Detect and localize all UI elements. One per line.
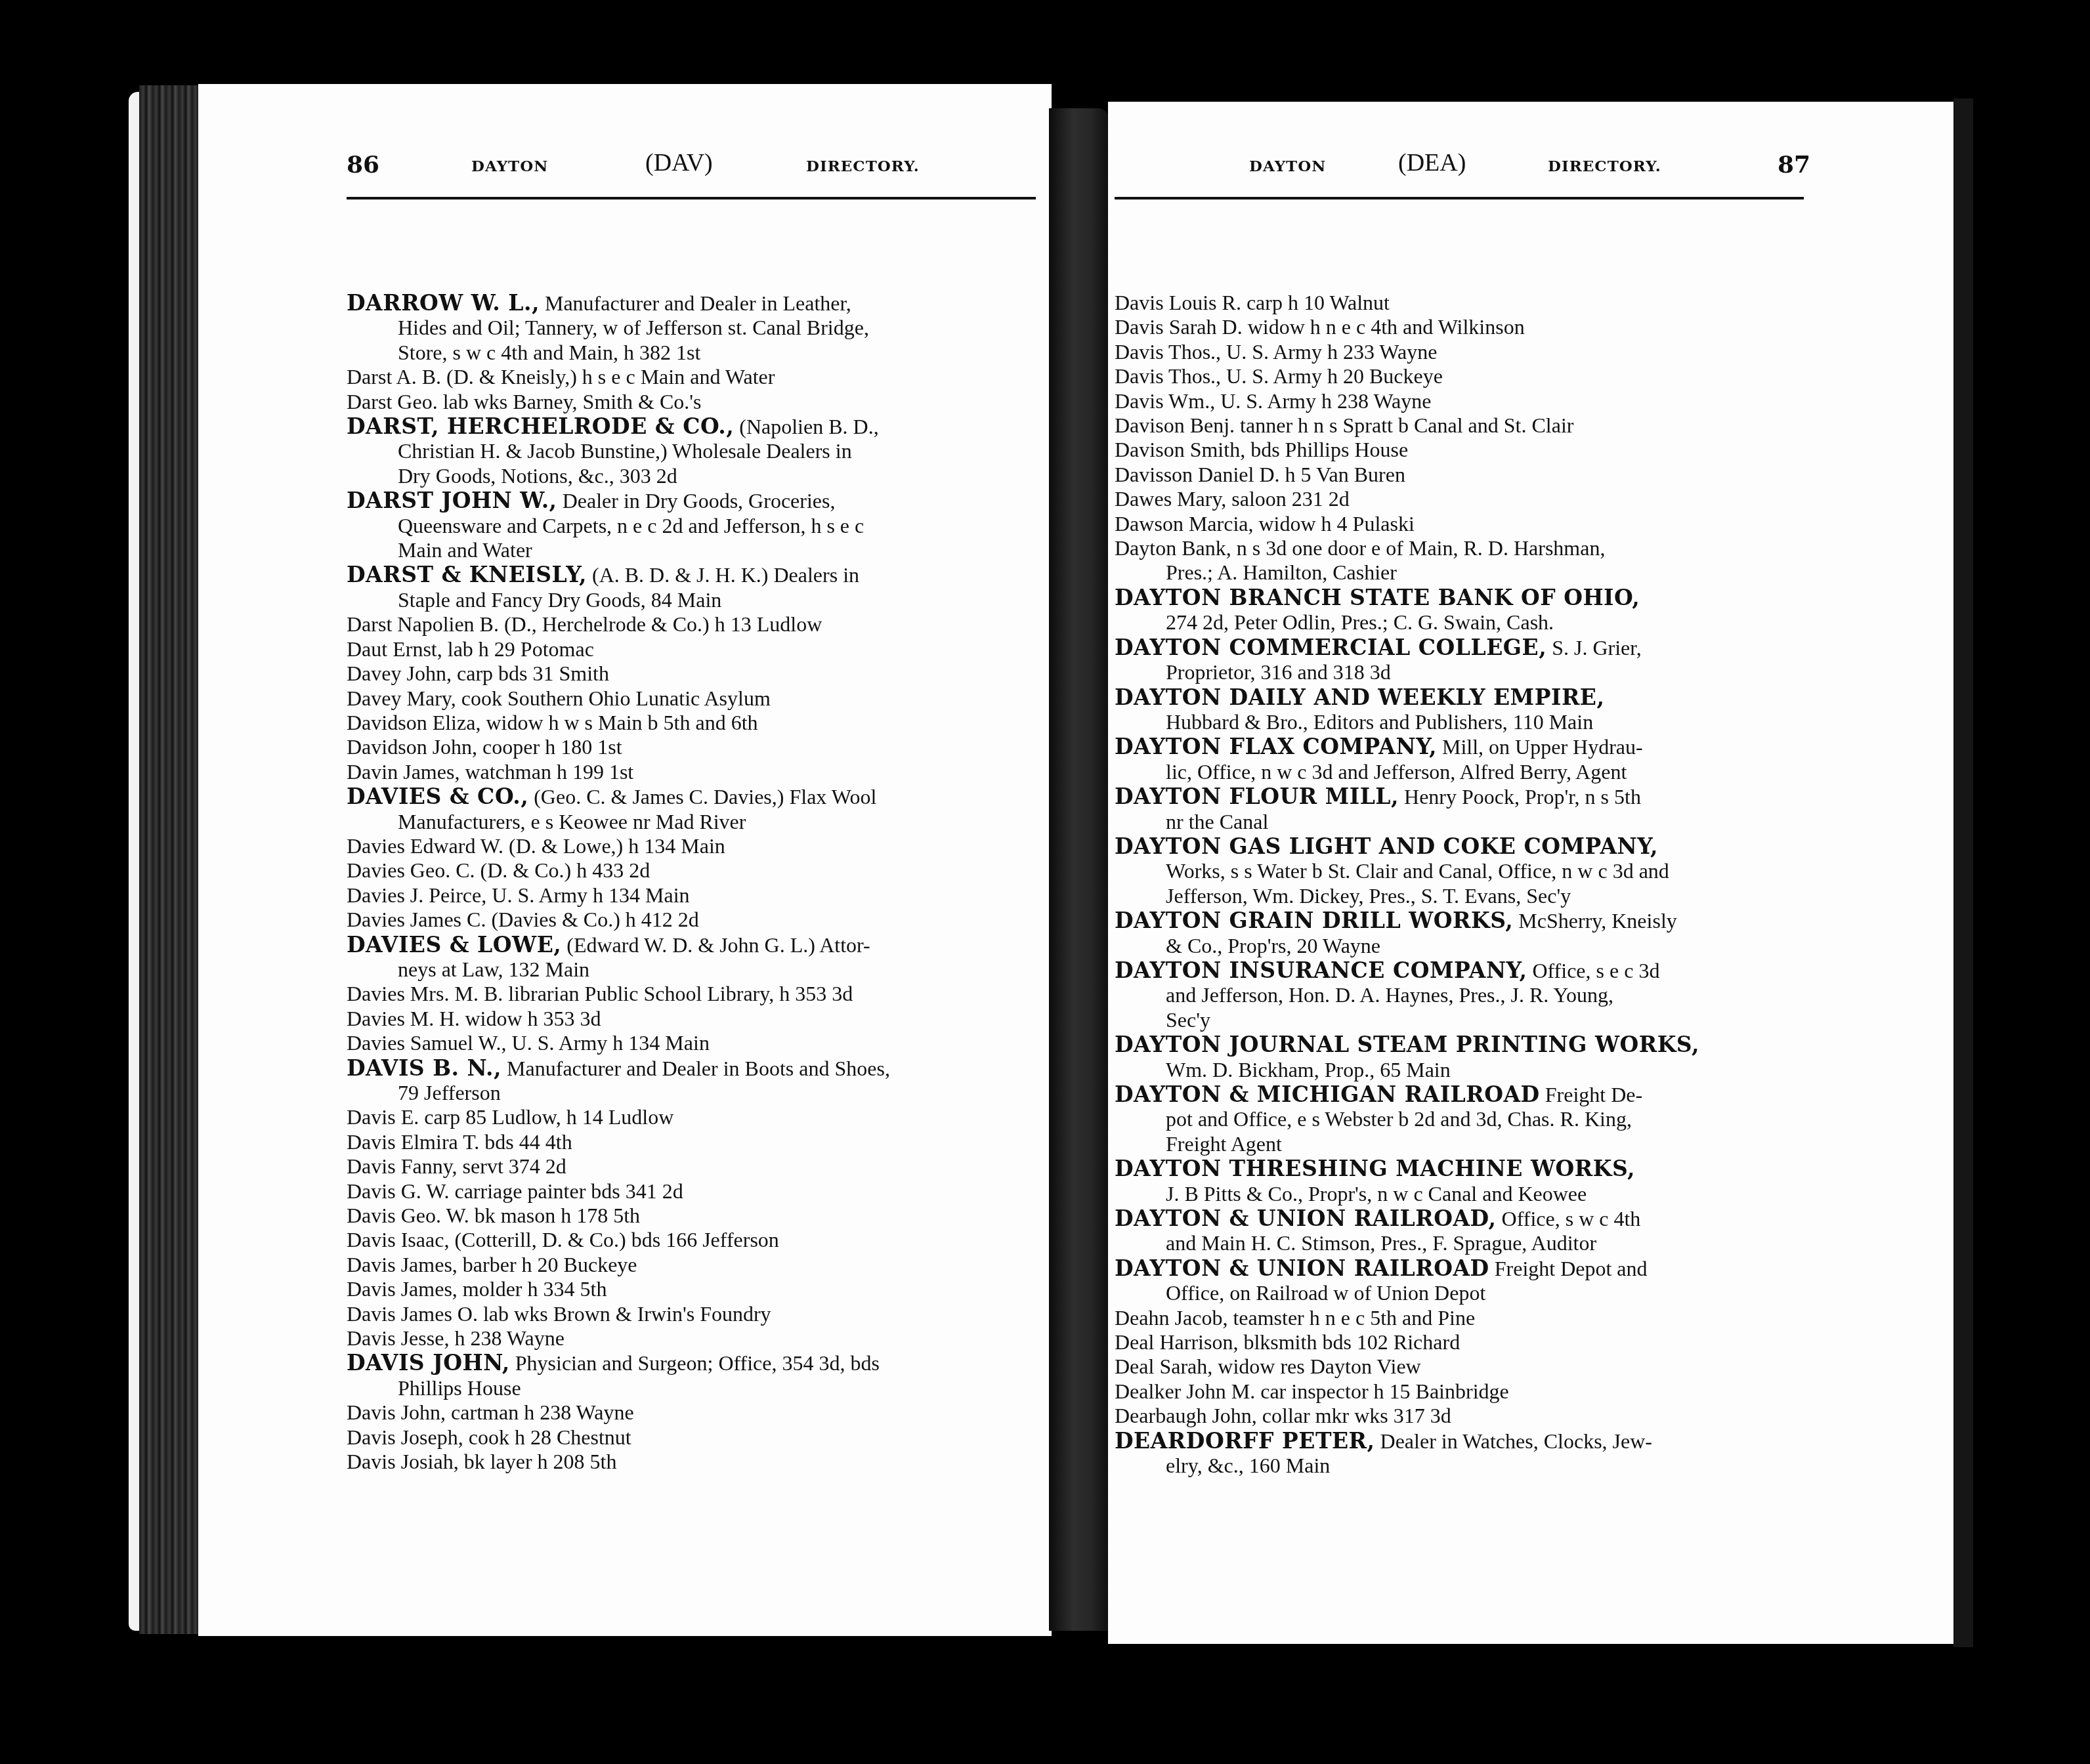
directory-entry: Davis Jesse, h 238 Wayne [347,1326,1036,1351]
running-head-city: DAYTON [471,157,548,175]
entry-heading: DAYTON GAS LIGHT AND COKE COMPANY, [1115,833,1658,859]
entry-line: Dawson Marcia, widow h 4 Pulaski [1115,512,1804,536]
entry-text: Hides and Oil; Tannery, w of Jefferson s… [398,316,869,339]
entry-text: Deal Harrison, blksmith bds 102 Richard [1115,1330,1460,1354]
entry-line: Darst Napolien B. (D., Herchelrode & Co.… [347,612,1036,637]
running-head-city: DAYTON [1249,157,1326,175]
entry-line: Davies Mrs. M. B. librarian Public Schoo… [347,982,1036,1006]
entry-line: Davis James, barber h 20 Buckeye [347,1253,1036,1277]
running-head-title: DIRECTORY. [806,157,920,175]
directory-entry: DARST, HERCHELRODE & CO., (Napolien B. D… [347,414,1036,488]
entry-line: DAYTON DAILY AND WEEKLY EMPIRE, [1115,685,1804,710]
entry-line: Sec'y [1115,1008,1804,1032]
directory-entry: DAYTON & MICHIGAN RAILROAD Freight De-po… [1115,1082,1804,1156]
entry-heading: DAYTON & UNION RAILROAD, [1115,1206,1497,1231]
entry-heading: DARST & KNEISLY, [347,562,587,587]
entry-line: Dawes Mary, saloon 231 2d [1115,487,1804,511]
entry-line: DAYTON COMMERCIAL COLLEGE, S. J. Grier, [1115,635,1804,660]
entry-line: Deahn Jacob, teamster h n e c 5th and Pi… [1115,1306,1804,1330]
entry-line: Daut Ernst, lab h 29 Potomac [347,637,1036,661]
directory-entry: DAVIS B. N., Manufacturer and Dealer in … [347,1056,1036,1106]
directory-entry: DAYTON THRESHING MACHINE WORKS,J. B Pitt… [1115,1156,1804,1206]
entry-line: DARROW W. L., Manufacturer and Dealer in… [347,291,1036,316]
entry-line: DAYTON BRANCH STATE BANK OF OHIO, [1115,585,1804,610]
entry-line: DAVIES & LOWE, (Edward W. D. & John G. L… [347,933,1036,957]
entry-text: Davis Sarah D. widow h n e c 4th and Wil… [1115,315,1525,339]
entry-text: Phillips House [398,1376,521,1400]
entry-line: 274 2d, Peter Odlin, Pres.; C. G. Swain,… [1115,610,1804,635]
entry-line: Hubbard & Bro., Editors and Publishers, … [1115,710,1804,734]
entry-text: Davison Benj. tanner h n s Spratt b Cana… [1115,413,1573,437]
entry-line: DAVIES & CO., (Geo. C. & James C. Davies… [347,784,1036,809]
directory-entry: Davison Benj. tanner h n s Spratt b Cana… [1115,413,1804,438]
entry-line: Davis Wm., U. S. Army h 238 Wayne [1115,389,1804,413]
head-rule [347,197,1036,199]
entry-text: Dealer in Watches, Clocks, Jew- [1380,1429,1652,1453]
directory-entry: Davis Wm., U. S. Army h 238 Wayne [1115,389,1804,413]
entry-text: elry, &c., 160 Main [1166,1454,1330,1477]
entry-text: neys at Law, 132 Main [398,957,589,981]
entry-text: Davis Geo. W. bk mason h 178 5th [347,1204,640,1227]
entry-line: DAVIS JOHN, Physician and Surgeon; Offic… [347,1351,1036,1375]
entry-text: Davey John, carp bds 31 Smith [347,661,609,685]
entry-line: DAVIS B. N., Manufacturer and Dealer in … [347,1056,1036,1081]
entry-text: Jefferson, Wm. Dickey, Pres., S. T. Evan… [1166,884,1571,908]
directory-entry: Dayton Bank, n s 3d one door e of Main, … [1115,536,1804,585]
entry-line: Staple and Fancy Dry Goods, 84 Main [347,588,1036,612]
entry-text: Mill, on Upper Hydrau- [1442,735,1643,759]
entry-line: Deal Sarah, widow res Dayton View [1115,1354,1804,1379]
directory-entry: DAYTON FLOUR MILL, Henry Poock, Prop'r, … [1115,784,1804,834]
directory-entry: DAYTON JOURNAL STEAM PRINTING WORKS,Wm. … [1115,1032,1804,1082]
running-head-title: DIRECTORY. [1548,157,1661,175]
entry-heading: DAVIS B. N., [347,1055,501,1081]
book-gutter [1049,108,1109,1631]
entry-text: Davis Elmira T. bds 44 4th [347,1130,572,1154]
entry-line: Davies Edward W. (D. & Lowe,) h 134 Main [347,834,1036,858]
directory-entry: Davies Edward W. (D. & Lowe,) h 134 Main [347,834,1036,858]
entry-heading: DAVIS JOHN, [347,1350,510,1375]
entry-text: Davey Mary, cook Southern Ohio Lunatic A… [347,686,771,710]
entry-text: Davis James, barber h 20 Buckeye [347,1253,637,1276]
entry-line: Davies Samuel W., U. S. Army h 134 Main [347,1031,1036,1055]
entry-text: Queensware and Carpets, n e c 2d and Jef… [398,514,864,537]
directory-entry: Dawes Mary, saloon 231 2d [1115,487,1804,511]
entry-line: DAYTON INSURANCE COMPANY, Office, s e c … [1115,958,1804,983]
entry-text: Davis Josiah, bk layer h 208 5th [347,1450,617,1473]
entry-line: Davis Elmira T. bds 44 4th [347,1130,1036,1154]
entry-line: Office, on Railroad w of Union Depot [1115,1281,1804,1305]
directory-entry: Davies Mrs. M. B. librarian Public Schoo… [347,982,1036,1006]
entry-line: DARST & KNEISLY, (A. B. D. & J. H. K.) D… [347,562,1036,587]
directory-entry: Dealker John M. car inspector h 15 Bainb… [1115,1379,1804,1404]
entry-text: Darst Geo. lab wks Barney, Smith & Co.'s [347,390,702,413]
entry-line: Davison Benj. tanner h n s Spratt b Cana… [1115,413,1804,438]
directory-entry: DEARDORFF PETER, Dealer in Watches, Cloc… [1115,1429,1804,1479]
entry-line: & Co., Prop'rs, 20 Wayne [1115,934,1804,958]
entry-text: Staple and Fancy Dry Goods, 84 Main [398,588,721,612]
entry-line: Dayton Bank, n s 3d one door e of Main, … [1115,536,1804,560]
entry-line: Davis Thos., U. S. Army h 233 Wayne [1115,340,1804,364]
entry-text: Davies Geo. C. (D. & Co.) h 433 2d [347,858,650,882]
entry-text: Office, s w c 4th [1502,1207,1641,1230]
entry-text: Davis John, cartman h 238 Wayne [347,1400,634,1424]
entry-text: Davis James O. lab wks Brown & Irwin's F… [347,1302,771,1326]
entry-text: Proprietor, 316 and 318 3d [1166,660,1391,684]
entry-line: DAYTON JOURNAL STEAM PRINTING WORKS, [1115,1032,1804,1057]
entry-text: Davies Samuel W., U. S. Army h 134 Main [347,1031,710,1055]
entry-text: Davis Thos., U. S. Army h 20 Buckeye [1115,364,1443,388]
entry-line: Davin James, watchman h 199 1st [347,760,1036,784]
left-column: DARROW W. L., Manufacturer and Dealer in… [347,291,1036,1475]
entry-text: Manufacturers, e s Keowee nr Mad River [398,810,746,833]
entry-text: Davidson Eliza, widow h w s Main b 5th a… [347,711,758,734]
entry-heading: DAYTON FLOUR MILL, [1115,784,1399,809]
directory-entry: Davis Fanny, servt 374 2d [347,1154,1036,1179]
entry-text: Freight Agent [1166,1132,1282,1156]
entry-line: DAYTON & UNION RAILROAD Freight Depot an… [1115,1256,1804,1281]
entry-text: Davis Jesse, h 238 Wayne [347,1326,565,1350]
entry-line: DAYTON FLOUR MILL, Henry Poock, Prop'r, … [1115,784,1804,809]
entry-line: Davis James, molder h 334 5th [347,1277,1036,1301]
entry-line: Davis Louis R. carp h 10 Walnut [1115,291,1804,315]
directory-entry: Darst Napolien B. (D., Herchelrode & Co.… [347,612,1036,637]
entry-text: nr the Canal [1166,810,1268,833]
entry-heading: DAYTON FLAX COMPANY, [1115,734,1437,759]
directory-entry: DAYTON BRANCH STATE BANK OF OHIO,274 2d,… [1115,585,1804,635]
entry-line: Davis Jesse, h 238 Wayne [347,1326,1036,1351]
entry-line: Davey Mary, cook Southern Ohio Lunatic A… [347,686,1036,711]
directory-entry: Deal Harrison, blksmith bds 102 Richard [1115,1330,1804,1354]
page-number: 87 [1778,151,1810,178]
entry-text: Davis Fanny, servt 374 2d [347,1154,566,1178]
left-running-head: 86 DAYTON (DAV) DIRECTORY. [347,151,1037,190]
directory-entry: Davison Smith, bds Phillips House [1115,438,1804,462]
entry-line: Davis E. carp 85 Ludlow, h 14 Ludlow [347,1105,1036,1129]
entry-line: Davis Thos., U. S. Army h 20 Buckeye [1115,364,1804,388]
running-head-key: (DEA) [1398,148,1466,177]
entry-text: Store, s w c 4th and Main, h 382 1st [398,341,700,364]
entry-line: Main and Water [347,538,1036,562]
entry-heading: DAVIES & LOWE, [347,932,561,957]
directory-entry: Davis Joseph, cook h 28 Chestnut [347,1425,1036,1450]
directory-entry: DARST JOHN W., Dealer in Dry Goods, Groc… [347,488,1036,562]
entry-text: Davis James, molder h 334 5th [347,1277,607,1301]
entry-line: 79 Jefferson [347,1081,1036,1105]
entry-text: Freight Depot and [1495,1257,1648,1280]
entry-text: (Edward W. D. & John G. L.) Attor- [566,933,870,957]
directory-entry: Dearbaugh John, collar mkr wks 317 3d [1115,1404,1804,1428]
entry-text: Wm. D. Bickham, Prop., 65 Main [1166,1058,1451,1081]
entry-line: Davis James O. lab wks Brown & Irwin's F… [347,1302,1036,1326]
entry-text: (A. B. D. & J. H. K.) Dealers in [592,563,859,587]
entry-text: Physician and Surgeon; Office, 354 3d, b… [515,1351,880,1375]
entry-text: Deal Sarah, widow res Dayton View [1115,1354,1421,1378]
directory-entry: Davis James, molder h 334 5th [347,1277,1036,1301]
entry-text: 79 Jefferson [398,1081,501,1104]
directory-entry: Davis Thos., U. S. Army h 233 Wayne [1115,340,1804,364]
entry-heading: DAYTON GRAIN DRILL WORKS, [1115,908,1513,933]
directory-entry: Davis E. carp 85 Ludlow, h 14 Ludlow [347,1105,1036,1129]
entry-line: Davis Isaac, (Cotterill, D. & Co.) bds 1… [347,1228,1036,1252]
entry-line: Davis Sarah D. widow h n e c 4th and Wil… [1115,315,1804,339]
entry-line: Queensware and Carpets, n e c 2d and Jef… [347,514,1036,538]
entry-line: Davis Joseph, cook h 28 Chestnut [347,1425,1036,1450]
entry-line: Dry Goods, Notions, &c., 303 2d [347,464,1036,488]
directory-entry: Davin James, watchman h 199 1st [347,760,1036,784]
directory-entry: Davis Geo. W. bk mason h 178 5th [347,1204,1036,1228]
entry-line: Davis John, cartman h 238 Wayne [347,1400,1036,1425]
entry-heading: DAYTON INSURANCE COMPANY, [1115,957,1527,983]
entry-text: Deahn Jacob, teamster h n e c 5th and Pi… [1115,1306,1475,1330]
directory-entry: DAVIS JOHN, Physician and Surgeon; Offic… [347,1351,1036,1400]
entry-line: Freight Agent [1115,1132,1804,1156]
directory-entry: Davidson Eliza, widow h w s Main b 5th a… [347,711,1036,735]
directory-entry: Davis G. W. carriage painter bds 341 2d [347,1179,1036,1204]
entry-line: DAYTON GRAIN DRILL WORKS, McSherry, Knei… [1115,908,1804,933]
entry-text: Darst Napolien B. (D., Herchelrode & Co.… [347,612,822,636]
entry-line: DAYTON & MICHIGAN RAILROAD Freight De- [1115,1082,1804,1107]
entry-text: McSherry, Kneisly [1518,909,1676,933]
entry-line: Davis Fanny, servt 374 2d [347,1154,1036,1179]
entry-text: Davis G. W. carriage painter bds 341 2d [347,1179,683,1203]
entry-text: Office, s e c 3d [1532,959,1659,982]
entry-line: Davey John, carp bds 31 Smith [347,661,1036,686]
entry-text: Daut Ernst, lab h 29 Potomac [347,637,594,661]
entry-text: Freight De- [1545,1083,1642,1106]
directory-entry: Davies Samuel W., U. S. Army h 134 Main [347,1031,1036,1055]
directory-entry: DAYTON & UNION RAILROAD, Office, s w c 4… [1115,1206,1804,1256]
entry-heading: DAYTON & MICHIGAN RAILROAD [1115,1081,1540,1107]
entry-text: Dearbaugh John, collar mkr wks 317 3d [1115,1404,1451,1427]
entry-line: DAYTON FLAX COMPANY, Mill, on Upper Hydr… [1115,734,1804,759]
directory-entry: Davis James O. lab wks Brown & Irwin's F… [347,1302,1036,1326]
entry-text: Manufacturer and Dealer in Boots and Sho… [507,1057,890,1080]
right-page-shadow [1953,98,1973,1647]
page-edge-stack [139,85,198,1634]
directory-entry: Davies M. H. widow h 353 3d [347,1007,1036,1031]
directory-entry: Davis Louis R. carp h 10 Walnut [1115,291,1804,315]
entry-text: Dry Goods, Notions, &c., 303 2d [398,464,677,488]
page-number: 86 [347,151,379,178]
directory-entry: Darst Geo. lab wks Barney, Smith & Co.'s [347,390,1036,414]
entry-text: Hubbard & Bro., Editors and Publishers, … [1166,710,1593,734]
entry-text: pot and Office, e s Webster b 2d and 3d,… [1166,1107,1632,1131]
entry-line: Store, s w c 4th and Main, h 382 1st [347,341,1036,365]
entry-line: J. B Pitts & Co., Propr's, n w c Canal a… [1115,1182,1804,1206]
entry-heading: DAVIES & CO., [347,784,528,809]
directory-entry: Dawson Marcia, widow h 4 Pulaski [1115,512,1804,536]
entry-text: Davis Joseph, cook h 28 Chestnut [347,1425,631,1449]
entry-heading: DAYTON JOURNAL STEAM PRINTING WORKS, [1115,1032,1699,1057]
entry-text: lic, Office, n w c 3d and Jefferson, Alf… [1166,760,1627,784]
right-running-head: DAYTON (DEA) DIRECTORY. 87 [1115,151,1810,190]
entry-heading: DAYTON DAILY AND WEEKLY EMPIRE, [1115,684,1604,710]
entry-line: Hides and Oil; Tannery, w of Jefferson s… [347,316,1036,340]
entry-line: Davison Smith, bds Phillips House [1115,438,1804,462]
entry-line: Davies James C. (Davies & Co.) h 412 2d [347,908,1036,932]
entry-line: DAYTON GAS LIGHT AND COKE COMPANY, [1115,834,1804,859]
entry-text: Darst A. B. (D. & Kneisly,) h s e c Main… [347,365,775,388]
running-head-key: (DAV) [645,148,713,177]
entry-line: DARST, HERCHELRODE & CO., (Napolien B. D… [347,414,1036,439]
entry-line: Dearbaugh John, collar mkr wks 317 3d [1115,1404,1804,1428]
directory-entry: DAVIES & CO., (Geo. C. & James C. Davies… [347,784,1036,834]
entry-line: Pres.; A. Hamilton, Cashier [1115,560,1804,585]
entry-line: Works, s s Water b St. Clair and Canal, … [1115,859,1804,883]
entry-text: (Napolien B. D., [739,415,878,438]
entry-text: Dawes Mary, saloon 231 2d [1115,487,1350,511]
directory-entry: Deahn Jacob, teamster h n e c 5th and Pi… [1115,1306,1804,1330]
entry-heading: DAYTON BRANCH STATE BANK OF OHIO, [1115,585,1640,610]
entry-text: Davis Thos., U. S. Army h 233 Wayne [1115,340,1437,364]
entry-line: pot and Office, e s Webster b 2d and 3d,… [1115,1107,1804,1131]
entry-line: Davis G. W. carriage painter bds 341 2d [347,1179,1036,1204]
entry-text: J. B Pitts & Co., Propr's, n w c Canal a… [1166,1182,1587,1206]
entry-text: Davis Isaac, (Cotterill, D. & Co.) bds 1… [347,1228,779,1251]
entry-line: Darst A. B. (D. & Kneisly,) h s e c Main… [347,365,1036,389]
directory-entry: Davis Isaac, (Cotterill, D. & Co.) bds 1… [347,1228,1036,1252]
entry-heading: DAYTON THRESHING MACHINE WORKS, [1115,1156,1635,1181]
directory-entry: Deal Sarah, widow res Dayton View [1115,1354,1804,1379]
entry-text: Manufacturer and Dealer in Leather, [545,291,851,315]
entry-text: Davis Louis R. carp h 10 Walnut [1115,291,1390,314]
directory-entry: DAYTON GRAIN DRILL WORKS, McSherry, Knei… [1115,908,1804,958]
directory-entry: Daut Ernst, lab h 29 Potomac [347,637,1036,661]
entry-text: Main and Water [398,538,532,562]
entry-text: Christian H. & Jacob Bunstine,) Wholesal… [398,439,852,463]
directory-entry: DAYTON & UNION RAILROAD Freight Depot an… [1115,1256,1804,1306]
entry-text: (Geo. C. & James C. Davies,) Flax Wool [534,785,876,808]
entry-text: and Jefferson, Hon. D. A. Haynes, Pres.,… [1166,983,1613,1007]
entry-line: Davies M. H. widow h 353 3d [347,1007,1036,1031]
directory-entry: Davies James C. (Davies & Co.) h 412 2d [347,908,1036,932]
entry-line: DAYTON & UNION RAILROAD, Office, s w c 4… [1115,1206,1804,1231]
entry-text: Dawson Marcia, widow h 4 Pulaski [1115,512,1415,535]
entry-text: Office, on Railroad w of Union Depot [1166,1281,1485,1305]
entry-text: Dealer in Dry Goods, Groceries, [563,489,836,513]
entry-heading: DEARDORFF PETER, [1115,1428,1375,1454]
entry-text: Davies Mrs. M. B. librarian Public Schoo… [347,982,853,1005]
directory-entry: Davis Sarah D. widow h n e c 4th and Wil… [1115,315,1804,339]
entry-line: nr the Canal [1115,810,1804,834]
entry-line: Davidson Eliza, widow h w s Main b 5th a… [347,711,1036,735]
entry-text: Davis E. carp 85 Ludlow, h 14 Ludlow [347,1105,673,1129]
entry-text: Davies J. Peirce, U. S. Army h 134 Main [347,883,690,907]
directory-entry: DAYTON COMMERCIAL COLLEGE, S. J. Grier,P… [1115,635,1804,685]
entry-text: Davies M. H. widow h 353 3d [347,1007,601,1030]
directory-entry: Davis Elmira T. bds 44 4th [347,1130,1036,1154]
entry-line: Wm. D. Bickham, Prop., 65 Main [1115,1058,1804,1082]
directory-entry: DARST & KNEISLY, (A. B. D. & J. H. K.) D… [347,562,1036,612]
entry-text: Davies Edward W. (D. & Lowe,) h 134 Main [347,834,725,858]
entry-line: and Main H. C. Stimson, Pres., F. Spragu… [1115,1231,1804,1255]
directory-entry: DAYTON DAILY AND WEEKLY EMPIRE,Hubbard &… [1115,685,1804,735]
entry-line: Manufacturers, e s Keowee nr Mad River [347,810,1036,834]
directory-entry: Davisson Daniel D. h 5 Van Buren [1115,463,1804,487]
entry-heading: DARROW W. L., [347,290,540,316]
entry-text: and Main H. C. Stimson, Pres., F. Spragu… [1166,1231,1596,1255]
entry-line: Jefferson, Wm. Dickey, Pres., S. T. Evan… [1115,884,1804,908]
directory-entry: DAYTON GAS LIGHT AND COKE COMPANY,Works,… [1115,834,1804,908]
entry-heading: DARST, HERCHELRODE & CO., [347,413,734,439]
directory-entry: DARROW W. L., Manufacturer and Dealer in… [347,291,1036,365]
directory-entry: Davis Josiah, bk layer h 208 5th [347,1450,1036,1474]
entry-text: Davin James, watchman h 199 1st [347,760,633,784]
entry-heading: DARST JOHN W., [347,488,557,513]
entry-line: Deal Harrison, blksmith bds 102 Richard [1115,1330,1804,1354]
directory-entry: DAYTON INSURANCE COMPANY, Office, s e c … [1115,958,1804,1032]
entry-text: Dayton Bank, n s 3d one door e of Main, … [1115,536,1605,560]
entry-line: neys at Law, 132 Main [347,957,1036,982]
entry-text: Davidson John, cooper h 180 1st [347,735,622,759]
entry-text: S. J. Grier, [1552,636,1641,660]
entry-heading: DAYTON & UNION RAILROAD [1115,1255,1489,1281]
directory-entry: Davey Mary, cook Southern Ohio Lunatic A… [347,686,1036,711]
entry-line: DARST JOHN W., Dealer in Dry Goods, Groc… [347,488,1036,513]
entry-line: Davisson Daniel D. h 5 Van Buren [1115,463,1804,487]
entry-heading: DAYTON COMMERCIAL COLLEGE, [1115,635,1546,660]
directory-entry: Davis John, cartman h 238 Wayne [347,1400,1036,1425]
entry-line: Davis Geo. W. bk mason h 178 5th [347,1204,1036,1228]
entry-line: Dealker John M. car inspector h 15 Bainb… [1115,1379,1804,1404]
entry-text: Davisson Daniel D. h 5 Van Buren [1115,463,1405,486]
entry-text: Davis Wm., U. S. Army h 238 Wayne [1115,389,1431,413]
entry-line: lic, Office, n w c 3d and Jefferson, Alf… [1115,760,1804,784]
entry-text: 274 2d, Peter Odlin, Pres.; C. G. Swain,… [1166,610,1554,634]
entry-text: Davies James C. (Davies & Co.) h 412 2d [347,908,699,931]
entry-text: Davison Smith, bds Phillips House [1115,438,1408,461]
entry-text: & Co., Prop'rs, 20 Wayne [1166,934,1380,957]
entry-line: Davidson John, cooper h 180 1st [347,735,1036,759]
directory-entry: Davies Geo. C. (D. & Co.) h 433 2d [347,858,1036,883]
entry-line: Davies J. Peirce, U. S. Army h 134 Main [347,883,1036,908]
entry-text: Henry Poock, Prop'r, n s 5th [1404,785,1641,808]
directory-entry: Davies J. Peirce, U. S. Army h 134 Main [347,883,1036,908]
entry-line: and Jefferson, Hon. D. A. Haynes, Pres.,… [1115,983,1804,1007]
directory-entry: DAVIES & LOWE, (Edward W. D. & John G. L… [347,933,1036,982]
entry-line: DEARDORFF PETER, Dealer in Watches, Cloc… [1115,1429,1804,1454]
entry-line: DAYTON THRESHING MACHINE WORKS, [1115,1156,1804,1181]
entry-text: Sec'y [1166,1008,1210,1032]
head-rule [1115,197,1804,199]
entry-line: Davis Josiah, bk layer h 208 5th [347,1450,1036,1474]
directory-entry: Davis James, barber h 20 Buckeye [347,1253,1036,1277]
entry-line: Darst Geo. lab wks Barney, Smith & Co.'s [347,390,1036,414]
directory-entry: Davidson John, cooper h 180 1st [347,735,1036,759]
entry-line: Phillips House [347,1376,1036,1400]
entry-line: Christian H. & Jacob Bunstine,) Wholesal… [347,439,1036,463]
entry-line: Proprietor, 316 and 318 3d [1115,660,1804,684]
directory-entry: DAYTON FLAX COMPANY, Mill, on Upper Hydr… [1115,734,1804,784]
entry-text: Dealker John M. car inspector h 15 Bainb… [1115,1379,1509,1403]
entry-line: elry, &c., 160 Main [1115,1454,1804,1478]
directory-entry: Davey John, carp bds 31 Smith [347,661,1036,686]
right-column: Davis Louis R. carp h 10 WalnutDavis Sar… [1115,291,1804,1479]
directory-entry: Darst A. B. (D. & Kneisly,) h s e c Main… [347,365,1036,389]
entry-line: Davies Geo. C. (D. & Co.) h 433 2d [347,858,1036,883]
entry-text: Works, s s Water b St. Clair and Canal, … [1166,859,1669,883]
entry-text: Pres.; A. Hamilton, Cashier [1166,560,1397,584]
directory-entry: Davis Thos., U. S. Army h 20 Buckeye [1115,364,1804,388]
